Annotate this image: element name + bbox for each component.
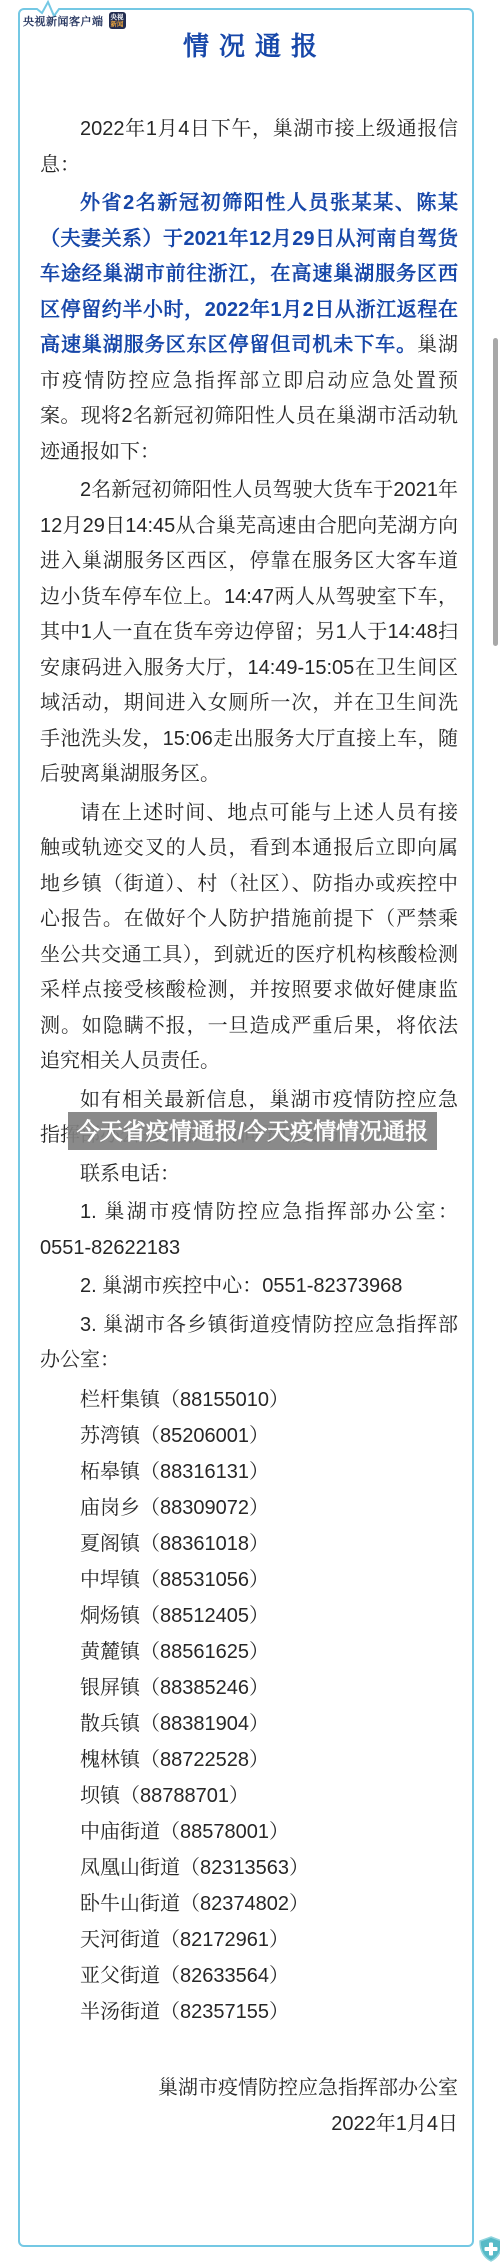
case-highlight-text: 外省2名新冠初筛阳性人员张某某、陈某（夫妻关系）于2021年12月29日从河南自… [40,192,458,356]
town-contact-line: 半汤街道（82357155） [40,1994,458,2030]
hotline-towns-header: 3. 巢湖市各乡镇街道疫情防控应急指挥部办公室： [40,1308,458,1379]
signature-date: 2022年1月4日 [40,2106,458,2142]
case-summary-paragraph: 外省2名新冠初筛阳性人员张某某、陈某（夫妻关系）于2021年12月29日从河南自… [40,186,458,470]
hotline-cdc: 2. 巢湖市疾控中心：0551-82373968 [40,1269,458,1305]
logo-text-top: 央视 [111,14,124,21]
town-contact-line: 凤凰山街道（82313563） [40,1850,458,1886]
contact-label: 联系电话： [40,1157,458,1193]
town-contact-line: 卧牛山街道（82374802） [40,1886,458,1922]
hotline-city-office: 1. 巢湖市疫情防控应急指挥部办公室：0551-82622183 [40,1195,458,1266]
trajectory-paragraph: 2名新冠初筛阳性人员驾驶大货车于2021年12月29日14:45从合巢芜高速由合… [40,473,458,793]
town-contact-line: 夏阁镇（88361018） [40,1526,458,1562]
intro-paragraph: 2022年1月4日下午，巢湖市接上级通报信息： [40,112,458,183]
town-contact-line: 散兵镇（88381904） [40,1706,458,1742]
page-title: 情况通报 [0,26,500,63]
town-contact-line: 柘皋镇（88316131） [40,1454,458,1490]
signature-block: 巢湖市疫情防控应急指挥部办公室 2022年1月4日 [40,2070,458,2142]
town-contact-line: 天河街道（82172961） [40,1922,458,1958]
shield-cross-icon [478,2236,500,2262]
town-contact-line: 银屏镇（88385246） [40,1670,458,1706]
scrollbar-thumb[interactable] [493,338,498,646]
town-contact-line: 亚父街道（82633564） [40,1958,458,1994]
town-contact-line: 黄麓镇（88561625） [40,1634,458,1670]
town-contact-line: 栏杆集镇（88155010） [40,1382,458,1418]
town-contact-line: 庙岗乡（88309072） [40,1490,458,1526]
notice-screenshot: 央视新闻客户端 央视 新闻 情况通报 2022年1月4日下午，巢湖市接上级通报信… [0,0,500,2262]
town-contact-line: 中垾镇（88531056） [40,1562,458,1598]
town-contact-line: 槐林镇（88722528） [40,1742,458,1778]
town-contact-line: 中庙街道（88578001） [40,1814,458,1850]
town-contact-line: 烔炀镇（88512405） [40,1598,458,1634]
advice-paragraph: 请在上述时间、地点可能与上述人员有接触或轨迹交叉的人员，看到本通报后立即向属地乡… [40,796,458,1080]
town-contact-line: 坝镇（88788701） [40,1778,458,1814]
watermark-overlay: 今天省疫情通报/今天疫情情况通报 [68,1112,437,1150]
town-contact-list: 栏杆集镇（88155010）苏湾镇（85206001）柘皋镇（88316131）… [40,1382,458,2030]
signature-org: 巢湖市疫情防控应急指挥部办公室 [40,2070,458,2106]
town-contact-line: 苏湾镇（85206001） [40,1418,458,1454]
